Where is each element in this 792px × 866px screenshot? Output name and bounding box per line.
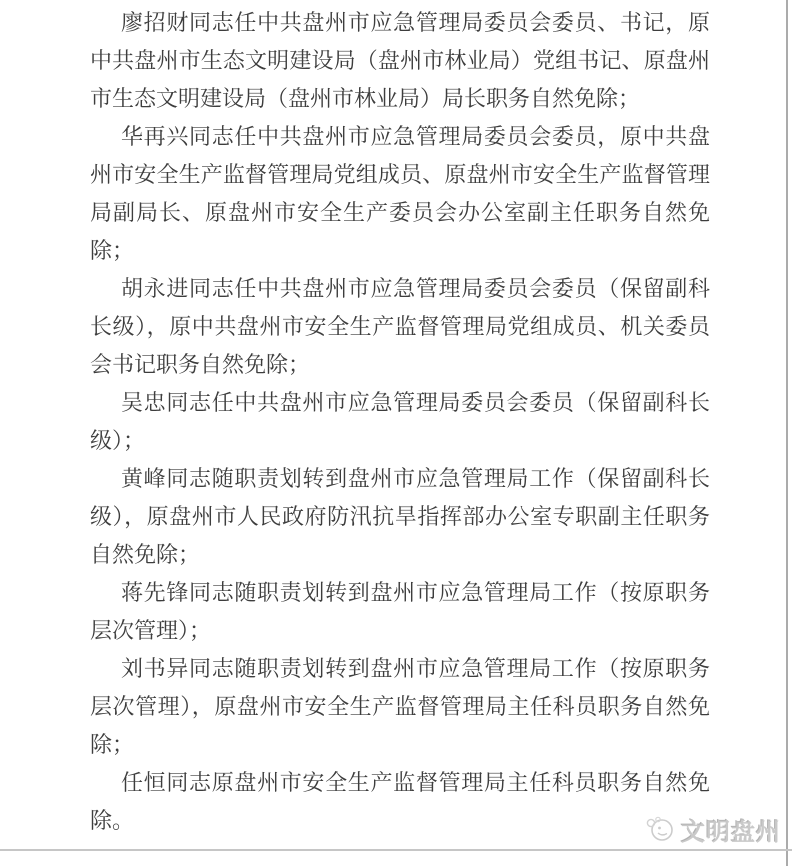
paragraph-liao-zhaocai: 廖招财同志任中共盘州市应急管理局委员会委员、书记，原中共盘州市生态文明建设局（盘… xyxy=(90,5,710,119)
watermark: 文明盘州 xyxy=(644,812,781,846)
paragraph-hu-yongjin: 胡永进同志任中共盘州市应急管理局委员会委员（保留副科长级），原中共盘州市安全生产… xyxy=(90,271,710,385)
paragraph-liu-shuyi: 刘书异同志随职责划转到盘州市应急管理局工作（按原职务层次管理），原盘州市安全生产… xyxy=(90,651,710,765)
document-body: 廖招财同志任中共盘州市应急管理局委员会委员、书记，原中共盘州市生态文明建设局（盘… xyxy=(90,5,710,841)
scan-bottom-border-line xyxy=(0,849,792,851)
paragraph-ren-heng: 任恒同志原盘州市安全生产监督管理局主任科员职务自然免除。 xyxy=(90,765,710,841)
watermark-label: 文明盘州 xyxy=(681,812,781,847)
paragraph-hua-zaixing: 华再兴同志任中共盘州市应急管理局委员会委员，原中共盘州市安全生产监督管理局党组成… xyxy=(90,119,710,271)
paragraph-jiang-xianfeng: 蒋先锋同志随职责划转到盘州市应急管理局工作（按原职务层次管理）； xyxy=(90,575,710,651)
scan-right-border-line xyxy=(786,0,788,866)
paragraph-huang-feng: 黄峰同志随职责划转到盘州市应急管理局工作（保留副科长级），原盘州市人民政府防汛抗… xyxy=(90,461,710,575)
paragraph-wu-zhong: 吴忠同志任中共盘州市应急管理局委员会委员（保留副科长级）； xyxy=(90,385,710,461)
document-page: 廖招财同志任中共盘州市应急管理局委员会委员、书记，原中共盘州市生态文明建设局（盘… xyxy=(0,0,792,866)
wenming-panzhou-logo-icon xyxy=(644,815,676,843)
